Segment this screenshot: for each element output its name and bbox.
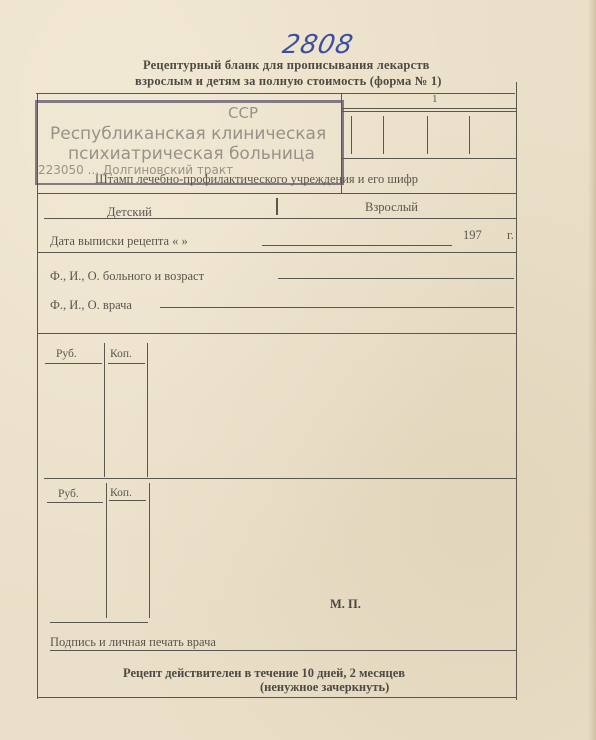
date-suffix: г. xyxy=(507,228,514,243)
patient-name-input-line[interactable] xyxy=(278,278,514,279)
price-block-2-bottom-line xyxy=(50,622,148,623)
date-label: Дата выписки рецепта « » xyxy=(50,234,188,249)
code-cell-divider-3 xyxy=(427,116,428,154)
handwritten-serial-number: 2808 xyxy=(280,30,357,60)
validity-text: Рецепт действителен в течение 10 дней, 2… xyxy=(123,666,405,681)
kop-underline-1 xyxy=(108,363,145,364)
doctor-name-input-line[interactable] xyxy=(160,307,514,308)
code-cell-divider-1 xyxy=(351,116,352,154)
prescription-1-bottom-line xyxy=(44,478,516,479)
category-underline xyxy=(44,218,516,219)
date-underline xyxy=(38,252,516,253)
category-divider xyxy=(276,198,278,215)
code-cell-divider-4 xyxy=(469,116,470,154)
kop-underline-2 xyxy=(109,500,146,501)
frame-right-line xyxy=(516,82,517,700)
paper-edge-shadow xyxy=(588,0,596,740)
stamp-caption-underline xyxy=(38,193,516,194)
doctor-name-label: Ф., И., О. врача xyxy=(50,298,132,313)
code-grid-line-2 xyxy=(341,111,516,112)
frame-bottom-line xyxy=(37,697,516,698)
code-cell-divider-2 xyxy=(383,116,384,154)
code-grid-bottom-line xyxy=(341,158,516,159)
prescription-field-2[interactable] xyxy=(152,484,514,614)
date-input-line[interactable] xyxy=(262,245,452,246)
date-year: 197 xyxy=(463,228,482,243)
patient-name-label: Ф., И., О. больного и возраст xyxy=(50,269,204,284)
kop-right-divider-1 xyxy=(147,343,148,477)
signature-label: Подпись и личная печать врача xyxy=(50,635,216,650)
prescription-field-1[interactable] xyxy=(150,345,514,473)
rub-underline-1 xyxy=(45,363,102,364)
stamp-line3: психиатрическая больница xyxy=(68,144,315,164)
stamp-caption: Штамп лечебно-профилактического учрежден… xyxy=(95,172,418,187)
form-title-line1: Рецептурный бланк для прописывания лекар… xyxy=(143,58,430,73)
prescription-area-top-line xyxy=(38,333,516,334)
validity-note: (ненужное зачеркнуть) xyxy=(260,680,389,695)
rub-label-1: Руб. xyxy=(56,348,77,360)
form-title-line2: взрослым и детям за полную стоимость (фо… xyxy=(135,74,442,89)
stamp-line1: ССР xyxy=(228,104,258,122)
kop-label-1: Коп. xyxy=(110,348,132,360)
kop-label-2: Коп. xyxy=(110,487,132,499)
seal-place-label: М. П. xyxy=(330,597,361,612)
kop-right-divider-2 xyxy=(149,483,150,618)
rub-kop-divider-1 xyxy=(104,343,105,477)
rub-underline-2 xyxy=(47,502,103,503)
code-grid-line-1 xyxy=(341,108,516,109)
signature-line[interactable] xyxy=(50,650,516,651)
code-grid-label: 1 xyxy=(432,93,438,105)
rub-label-2: Руб. xyxy=(58,488,79,500)
category-adult[interactable]: Взрослый xyxy=(365,200,418,215)
rub-kop-divider-2 xyxy=(106,483,107,618)
stamp-line2: Республиканская клиническая xyxy=(50,124,326,144)
frame-top-line xyxy=(36,93,515,94)
